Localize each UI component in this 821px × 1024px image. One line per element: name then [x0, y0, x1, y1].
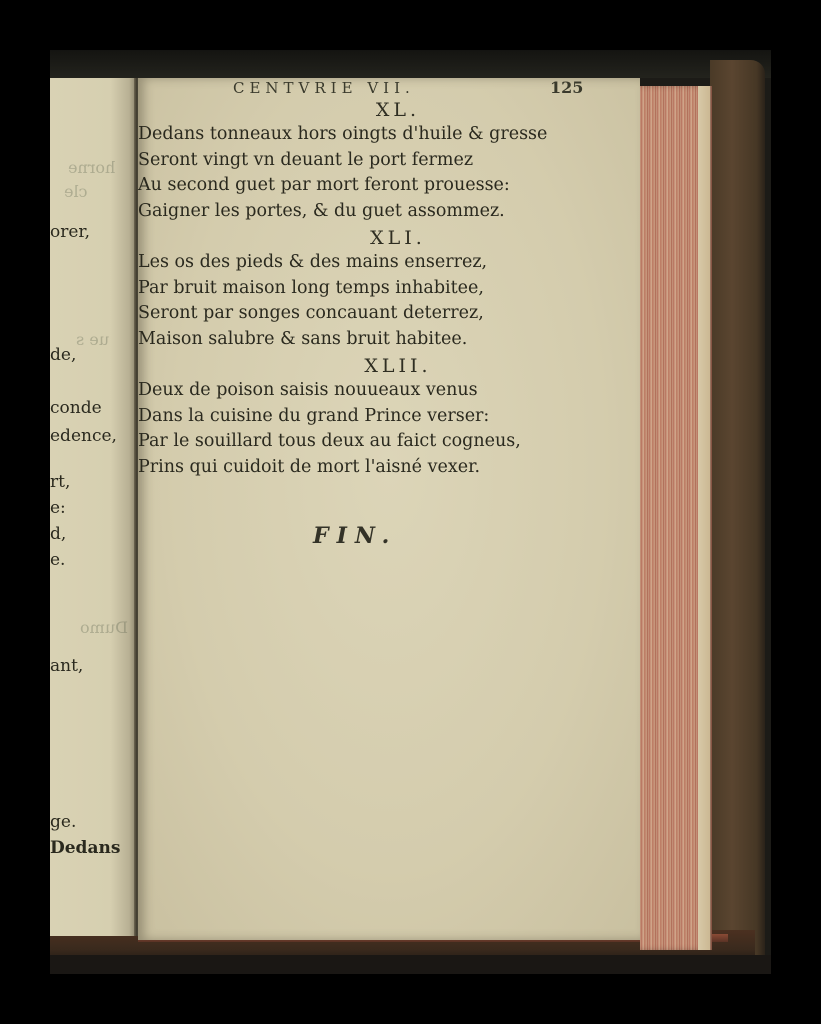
verse-line: Dedans tonneaux hors oingts d'huile & gr…: [138, 122, 618, 148]
bleed-through-text: ue s: [76, 330, 109, 349]
left-page-fragment: edence,: [50, 426, 117, 446]
book-photograph: horne cle ue s Dumo orer, de, conde eden…: [50, 50, 771, 974]
left-page-fragment: e.: [50, 550, 65, 570]
quatrain-40: XL. Dedans tonneaux hors oingts d'huile …: [138, 98, 618, 224]
quatrain-number: XLII.: [138, 354, 618, 378]
left-page-fragment: d,: [50, 524, 66, 544]
verse-line: Dans la cuisine du grand Prince verser:: [138, 404, 618, 430]
bleed-through-text: Dumo: [80, 618, 128, 637]
verse-line: Par bruit maison long temps inhabitee,: [138, 276, 618, 302]
left-page-fragment: ant,: [50, 656, 83, 676]
left-page-fragment: orer,: [50, 222, 90, 242]
running-head: CENTVRIE VII.: [233, 79, 415, 97]
bottom-shadow: [50, 955, 771, 974]
quatrain-number: XL.: [138, 98, 618, 122]
bleed-through-text: horne: [68, 158, 115, 177]
verse-line: Prins qui cuidoit de mort l'aisné vexer.: [138, 455, 618, 481]
left-page-fragment: rt,: [50, 472, 70, 492]
verse-line: Maison salubre & sans bruit habitee.: [138, 327, 618, 353]
left-page-fragment: de,: [50, 345, 76, 365]
verse-line: Gaigner les portes, & du guet assommez.: [138, 199, 618, 225]
verse-line: Seront par songes concauant deterrez,: [138, 301, 618, 327]
leather-cover-edge: [710, 60, 765, 965]
top-shadow: [50, 50, 771, 78]
page-block-highlight: [698, 86, 710, 950]
verse-line: Les os des pieds & des mains enserrez,: [138, 250, 618, 276]
verse-line: Au second guet par mort feront prouesse:: [138, 173, 618, 199]
left-page-fragment: conde: [50, 398, 102, 418]
quatrain-number: XLI.: [138, 226, 618, 250]
left-page-fragment: ge.: [50, 812, 76, 832]
left-page-fragment: e:: [50, 498, 66, 518]
bleed-through-text: cle: [64, 182, 88, 201]
left-page: horne cle ue s Dumo orer, de, conde eden…: [50, 78, 136, 936]
quatrain-42: XLII. Deux de poison saisis nouueaux ven…: [138, 354, 618, 480]
left-page-fragment: Dedans: [50, 838, 120, 858]
quatrain-41: XLI. Les os des pieds & des mains enserr…: [138, 226, 618, 352]
verse-line: Deux de poison saisis nouueaux venus: [138, 378, 618, 404]
verse-line: Seront vingt vn deuant le port fermez: [138, 148, 618, 174]
page-number: 125: [550, 78, 583, 97]
fin-closing: FIN.: [313, 523, 397, 549]
right-page: CENTVRIE VII. 125 XL. Dedans tonneaux ho…: [138, 78, 640, 940]
verse-line: Par le souillard tous deux au faict cogn…: [138, 429, 618, 455]
